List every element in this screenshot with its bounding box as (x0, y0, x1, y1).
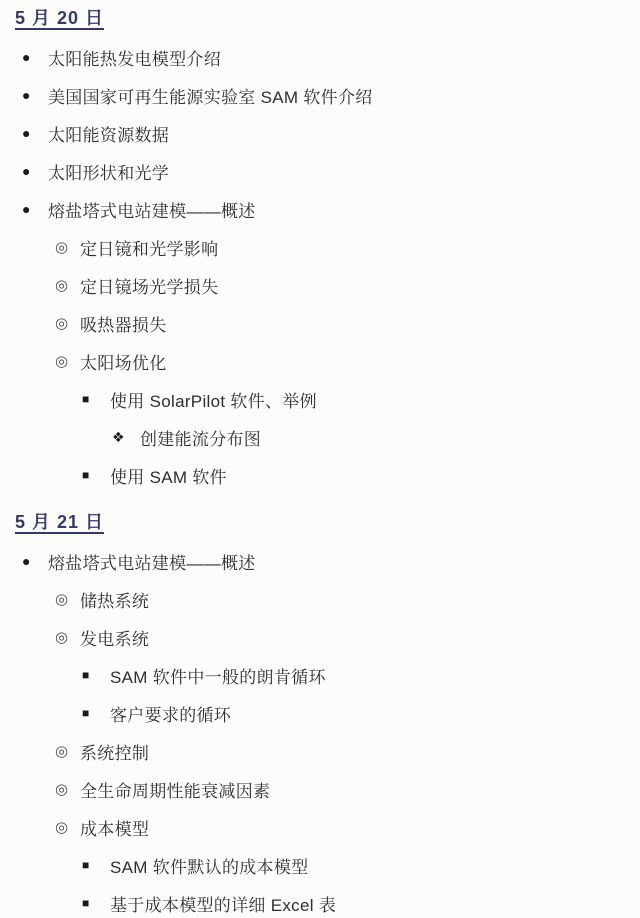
bullet-ring-icon: ◎ (55, 314, 80, 332)
list-item: ● 太阳能资源数据 (0, 114, 640, 152)
list-item: ■ SAM 软件默认的成本模型 (0, 846, 640, 884)
list-item-text: 全生命周期性能衰减因素 (80, 777, 270, 802)
list-item: ◎ 吸热器损失 (0, 304, 640, 342)
bullet-diamond-icon: ❖ (112, 429, 140, 446)
list-item-text: 储热系统 (80, 587, 149, 612)
document-page: 5 月 20 日 ● 太阳能热发电模型介绍 ● 美国国家可再生能源实验室 SAM… (0, 0, 640, 918)
bullet-square-icon: ■ (82, 468, 110, 482)
list-item: ■ SAM 软件中一般的朗肯循环 (0, 656, 640, 694)
bullet-square-icon: ■ (82, 706, 110, 720)
list-item-text: 成本模型 (80, 815, 149, 840)
list-item: ◎ 定日镜和光学影响 (0, 228, 640, 266)
list-item-text: 发电系统 (80, 625, 149, 650)
list-item: ■ 使用 SAM 软件 (0, 456, 640, 494)
list-item: ■ 使用 SolarPilot 软件、举例 (0, 380, 640, 418)
list-item: ■ 客户要求的循环 (0, 694, 640, 732)
list-item: ● 美国国家可再生能源实验室 SAM 软件介绍 (0, 76, 640, 114)
list-item: ◎ 定日镜场光学损失 (0, 266, 640, 304)
list-item-text: 熔盐塔式电站建模——概述 (48, 549, 256, 574)
list-item: ● 熔盐塔式电站建模——概述 (0, 190, 640, 228)
bullet-square-icon: ■ (82, 896, 110, 910)
list-item-text: 系统控制 (80, 739, 149, 764)
list-item-text: 定日镜和光学影响 (80, 235, 218, 260)
list-item-text: 美国国家可再生能源实验室 SAM 软件介绍 (48, 83, 373, 108)
bullet-ring-icon: ◎ (55, 238, 80, 256)
list-item: ◎ 成本模型 (0, 808, 640, 846)
list-item-text: 使用 SolarPilot 软件、举例 (110, 387, 317, 412)
list-item: ■ 基于成本模型的详细 Excel 表 (0, 884, 640, 918)
list-item-text: 熔盐塔式电站建模——概述 (48, 197, 256, 222)
list-item-text: 创建能流分布图 (140, 425, 261, 450)
bullet-disc-icon: ● (22, 125, 48, 141)
list-item-text: 吸热器损失 (80, 311, 167, 336)
list-item-text: SAM 软件中一般的朗肯循环 (110, 663, 326, 688)
list-item-text: SAM 软件默认的成本模型 (110, 853, 308, 878)
bullet-square-icon: ■ (82, 668, 110, 682)
list-item: ◎ 发电系统 (0, 618, 640, 656)
bullet-ring-icon: ◎ (55, 276, 80, 294)
list-item: ❖ 创建能流分布图 (0, 418, 640, 456)
bullet-ring-icon: ◎ (55, 590, 80, 608)
date-heading-may21: 5 月 21 日 (0, 494, 640, 542)
list-item-text: 太阳能资源数据 (48, 121, 169, 146)
date-heading-may20: 5 月 20 日 (0, 0, 640, 38)
bullet-ring-icon: ◎ (55, 742, 80, 760)
list-item-text: 基于成本模型的详细 Excel 表 (110, 891, 336, 916)
bullet-disc-icon: ● (22, 87, 48, 103)
list-item-text: 定日镜场光学损失 (80, 273, 218, 298)
list-item: ◎ 系统控制 (0, 732, 640, 770)
section-may-20: 5 月 20 日 ● 太阳能热发电模型介绍 ● 美国国家可再生能源实验室 SAM… (0, 0, 640, 494)
bullet-square-icon: ■ (82, 858, 110, 872)
list-item: ◎ 太阳场优化 (0, 342, 640, 380)
bullet-ring-icon: ◎ (55, 352, 80, 370)
list-item-text: 使用 SAM 软件 (110, 463, 227, 488)
bullet-disc-icon: ● (22, 163, 48, 179)
bullet-ring-icon: ◎ (55, 780, 80, 798)
section-may-21: 5 月 21 日 ● 熔盐塔式电站建模——概述 ◎ 储热系统 ◎ 发电系统 ■ … (0, 494, 640, 918)
bullet-ring-icon: ◎ (55, 818, 80, 836)
bullet-square-icon: ■ (82, 392, 110, 406)
bullet-disc-icon: ● (22, 553, 48, 569)
list-item: ● 熔盐塔式电站建模——概述 (0, 542, 640, 580)
list-item-text: 客户要求的循环 (110, 701, 231, 726)
bullet-ring-icon: ◎ (55, 628, 80, 646)
bullet-disc-icon: ● (22, 201, 48, 217)
list-item: ● 太阳能热发电模型介绍 (0, 38, 640, 76)
list-item: ◎ 全生命周期性能衰减因素 (0, 770, 640, 808)
list-item: ◎ 储热系统 (0, 580, 640, 618)
list-item-text: 太阳场优化 (80, 349, 167, 374)
list-item: ● 太阳形状和光学 (0, 152, 640, 190)
list-item-text: 太阳能热发电模型介绍 (48, 45, 221, 70)
bullet-disc-icon: ● (22, 49, 48, 65)
list-item-text: 太阳形状和光学 (48, 159, 169, 184)
